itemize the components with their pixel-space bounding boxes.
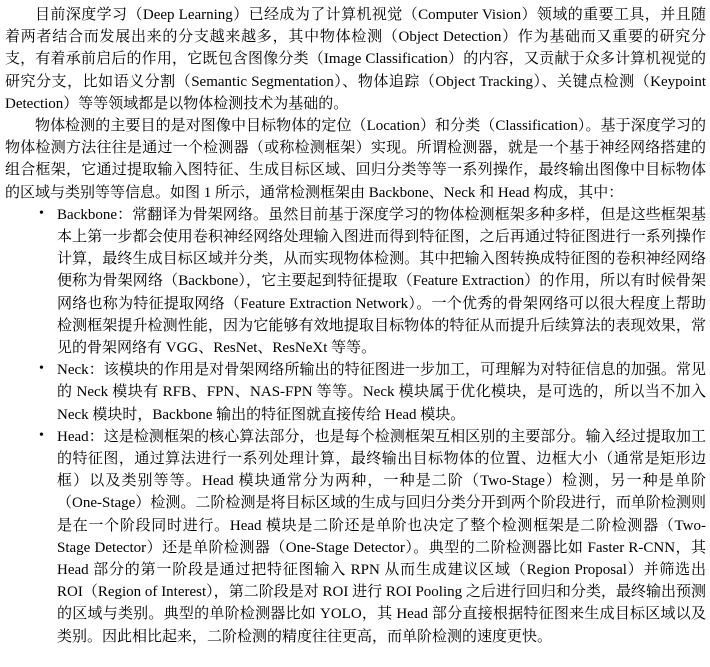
list-item-text: Head：这是检测框架的核心算法部分，也是每个检测框架互相区别的主要部分。输入经… — [57, 429, 706, 645]
list-item-neck: •Neck：该模块的作用是对骨架网络所输出的特征图进一步加工，可理解为对特征信息… — [5, 359, 706, 426]
list-item-backbone: •Backbone：常翻译为骨架网络。虽然目前基于深度学习的物体检测框架多种多样… — [5, 204, 706, 359]
list-item-text: Neck：该模块的作用是对骨架网络所输出的特征图进一步加工，可理解为对特征信息的… — [57, 362, 706, 422]
detector-components-list: •Backbone：常翻译为骨架网络。虽然目前基于深度学习的物体检测框架多种多样… — [5, 204, 706, 648]
bullet-icon: • — [39, 203, 44, 225]
paragraph-detection-goal: 物体检测的主要目的是对图像中目标物体的定位（Location）和分类（Class… — [5, 115, 706, 204]
list-item-head: •Head：这是检测框架的核心算法部分，也是每个检测框架互相区别的主要部分。输入… — [5, 426, 706, 648]
document-page: 目前深度学习（Deep Learning）已经成为了计算机视觉（Computer… — [0, 0, 710, 648]
paragraph-intro: 目前深度学习（Deep Learning）已经成为了计算机视觉（Computer… — [5, 4, 706, 115]
list-item-text: Backbone：常翻译为骨架网络。虽然目前基于深度学习的物体检测框架多种多样，… — [57, 207, 706, 356]
bullet-icon: • — [39, 358, 44, 380]
bullet-icon: • — [39, 425, 44, 447]
